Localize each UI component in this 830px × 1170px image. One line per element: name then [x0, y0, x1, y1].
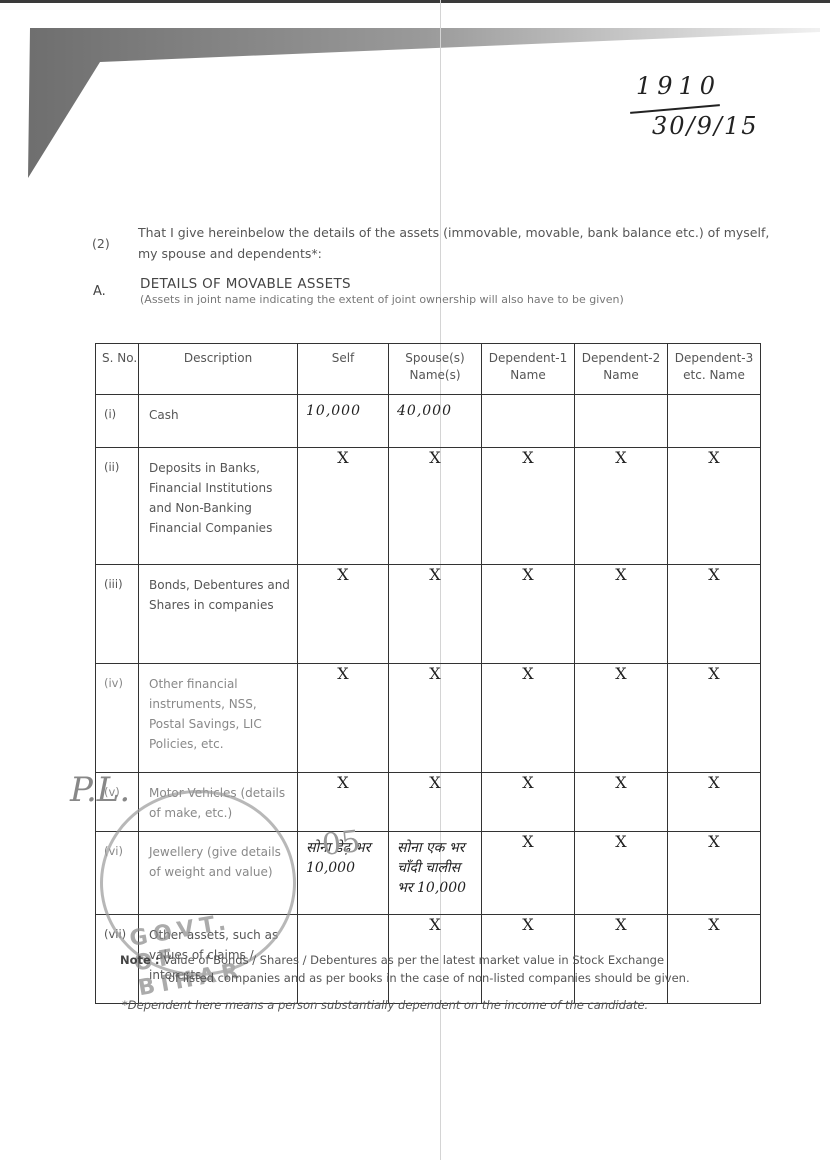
header-dependent-2: Dependent-2 Name	[575, 344, 668, 395]
note-label: Note :	[120, 953, 159, 967]
cell-dependent-1: X	[482, 664, 575, 773]
header-self: Self	[298, 344, 389, 395]
row-sno: (iv)	[96, 664, 139, 773]
table-row: (i) Cash 10,000 40,000	[96, 395, 761, 448]
row-description: Bonds, Debentures and Shares in companie…	[139, 565, 298, 664]
receipt-date: 30/9/15	[652, 112, 759, 140]
cell-dependent-3: X	[668, 773, 761, 832]
table-header-row: S. No. Description Self Spouse(s) Name(s…	[96, 344, 761, 395]
cell-dependent-1	[482, 395, 575, 448]
cell-dependent-1: X	[482, 832, 575, 915]
cell-dependent-2: X	[575, 773, 668, 832]
movable-assets-table: S. No. Description Self Spouse(s) Name(s…	[95, 343, 761, 1004]
row-sno: (vi)	[96, 832, 139, 915]
table-row: (v) Motor Vehicles (details of make, etc…	[96, 773, 761, 832]
cell-self: 10,000	[298, 395, 389, 448]
cell-dependent-3: X	[668, 664, 761, 773]
note-line-1: Value of Bonds / Shares / Debentures as …	[163, 953, 664, 967]
table-row: (iii) Bonds, Debentures and Shares in co…	[96, 565, 761, 664]
paragraph-number: (2)	[92, 236, 110, 251]
cell-spouse: X	[389, 773, 482, 832]
cell-dependent-2	[575, 395, 668, 448]
cell-spouse: X	[389, 664, 482, 773]
row-description: Jewellery (give details of weight and va…	[139, 832, 298, 915]
signature-initials: P.L.	[70, 770, 130, 810]
section-letter: A.	[93, 284, 106, 299]
cell-dependent-3	[668, 395, 761, 448]
cell-self: X	[298, 664, 389, 773]
cell-dependent-3: X	[668, 832, 761, 915]
row-sno: (ii)	[96, 448, 139, 565]
row-description: Cash	[139, 395, 298, 448]
cell-spouse: X	[389, 565, 482, 664]
cell-dependent-2: X	[575, 664, 668, 773]
row-description: Deposits in Banks, Financial Institution…	[139, 448, 298, 565]
cell-spouse: सोना एक भर चाँदी चालीस भर 10,000	[389, 832, 482, 915]
receipt-number: 1910	[636, 72, 721, 100]
cell-self: X	[298, 773, 389, 832]
header-dependent-1: Dependent-1 Name	[482, 344, 575, 395]
dependent-definition-note: *Dependent here means a person substanti…	[122, 998, 648, 1012]
cell-dependent-1: X	[482, 773, 575, 832]
table-row: (vi) Jewellery (give details of weight a…	[96, 832, 761, 915]
note-line-2: of listed companies and as per books in …	[120, 969, 730, 987]
cell-dependent-2: X	[575, 565, 668, 664]
header-dependent-3: Dependent-3 etc. Name	[668, 344, 761, 395]
row-description: Motor Vehicles (details of make, etc.)	[139, 773, 298, 832]
cell-dependent-1: X	[482, 565, 575, 664]
receipt-stamp: 1910 30/9/15	[630, 72, 770, 152]
header-sno: S. No.	[96, 344, 139, 395]
valuation-note: Note : Value of Bonds / Shares / Debentu…	[120, 951, 730, 987]
cell-self: X	[298, 448, 389, 565]
table-row: (ii) Deposits in Banks, Financial Instit…	[96, 448, 761, 565]
signature-mark: 05	[320, 824, 362, 863]
cell-dependent-2: X	[575, 448, 668, 565]
section-title: DETAILS OF MOVABLE ASSETS	[140, 276, 351, 292]
cell-dependent-2: X	[575, 832, 668, 915]
cell-spouse: X	[389, 448, 482, 565]
table-row: (iv) Other financial instruments, NSS, P…	[96, 664, 761, 773]
cell-spouse: 40,000	[389, 395, 482, 448]
header-spouse: Spouse(s) Name(s)	[389, 344, 482, 395]
row-description: Other financial instruments, NSS, Postal…	[139, 664, 298, 773]
cell-dependent-3: X	[668, 565, 761, 664]
section-subtitle: (Assets in joint name indicating the ext…	[140, 293, 624, 306]
cell-self: X	[298, 565, 389, 664]
intro-text: That I give hereinbelow the details of t…	[138, 222, 778, 264]
header-description: Description	[139, 344, 298, 395]
cell-dependent-1: X	[482, 448, 575, 565]
row-sno: (i)	[96, 395, 139, 448]
row-sno: (iii)	[96, 565, 139, 664]
cell-dependent-3: X	[668, 448, 761, 565]
